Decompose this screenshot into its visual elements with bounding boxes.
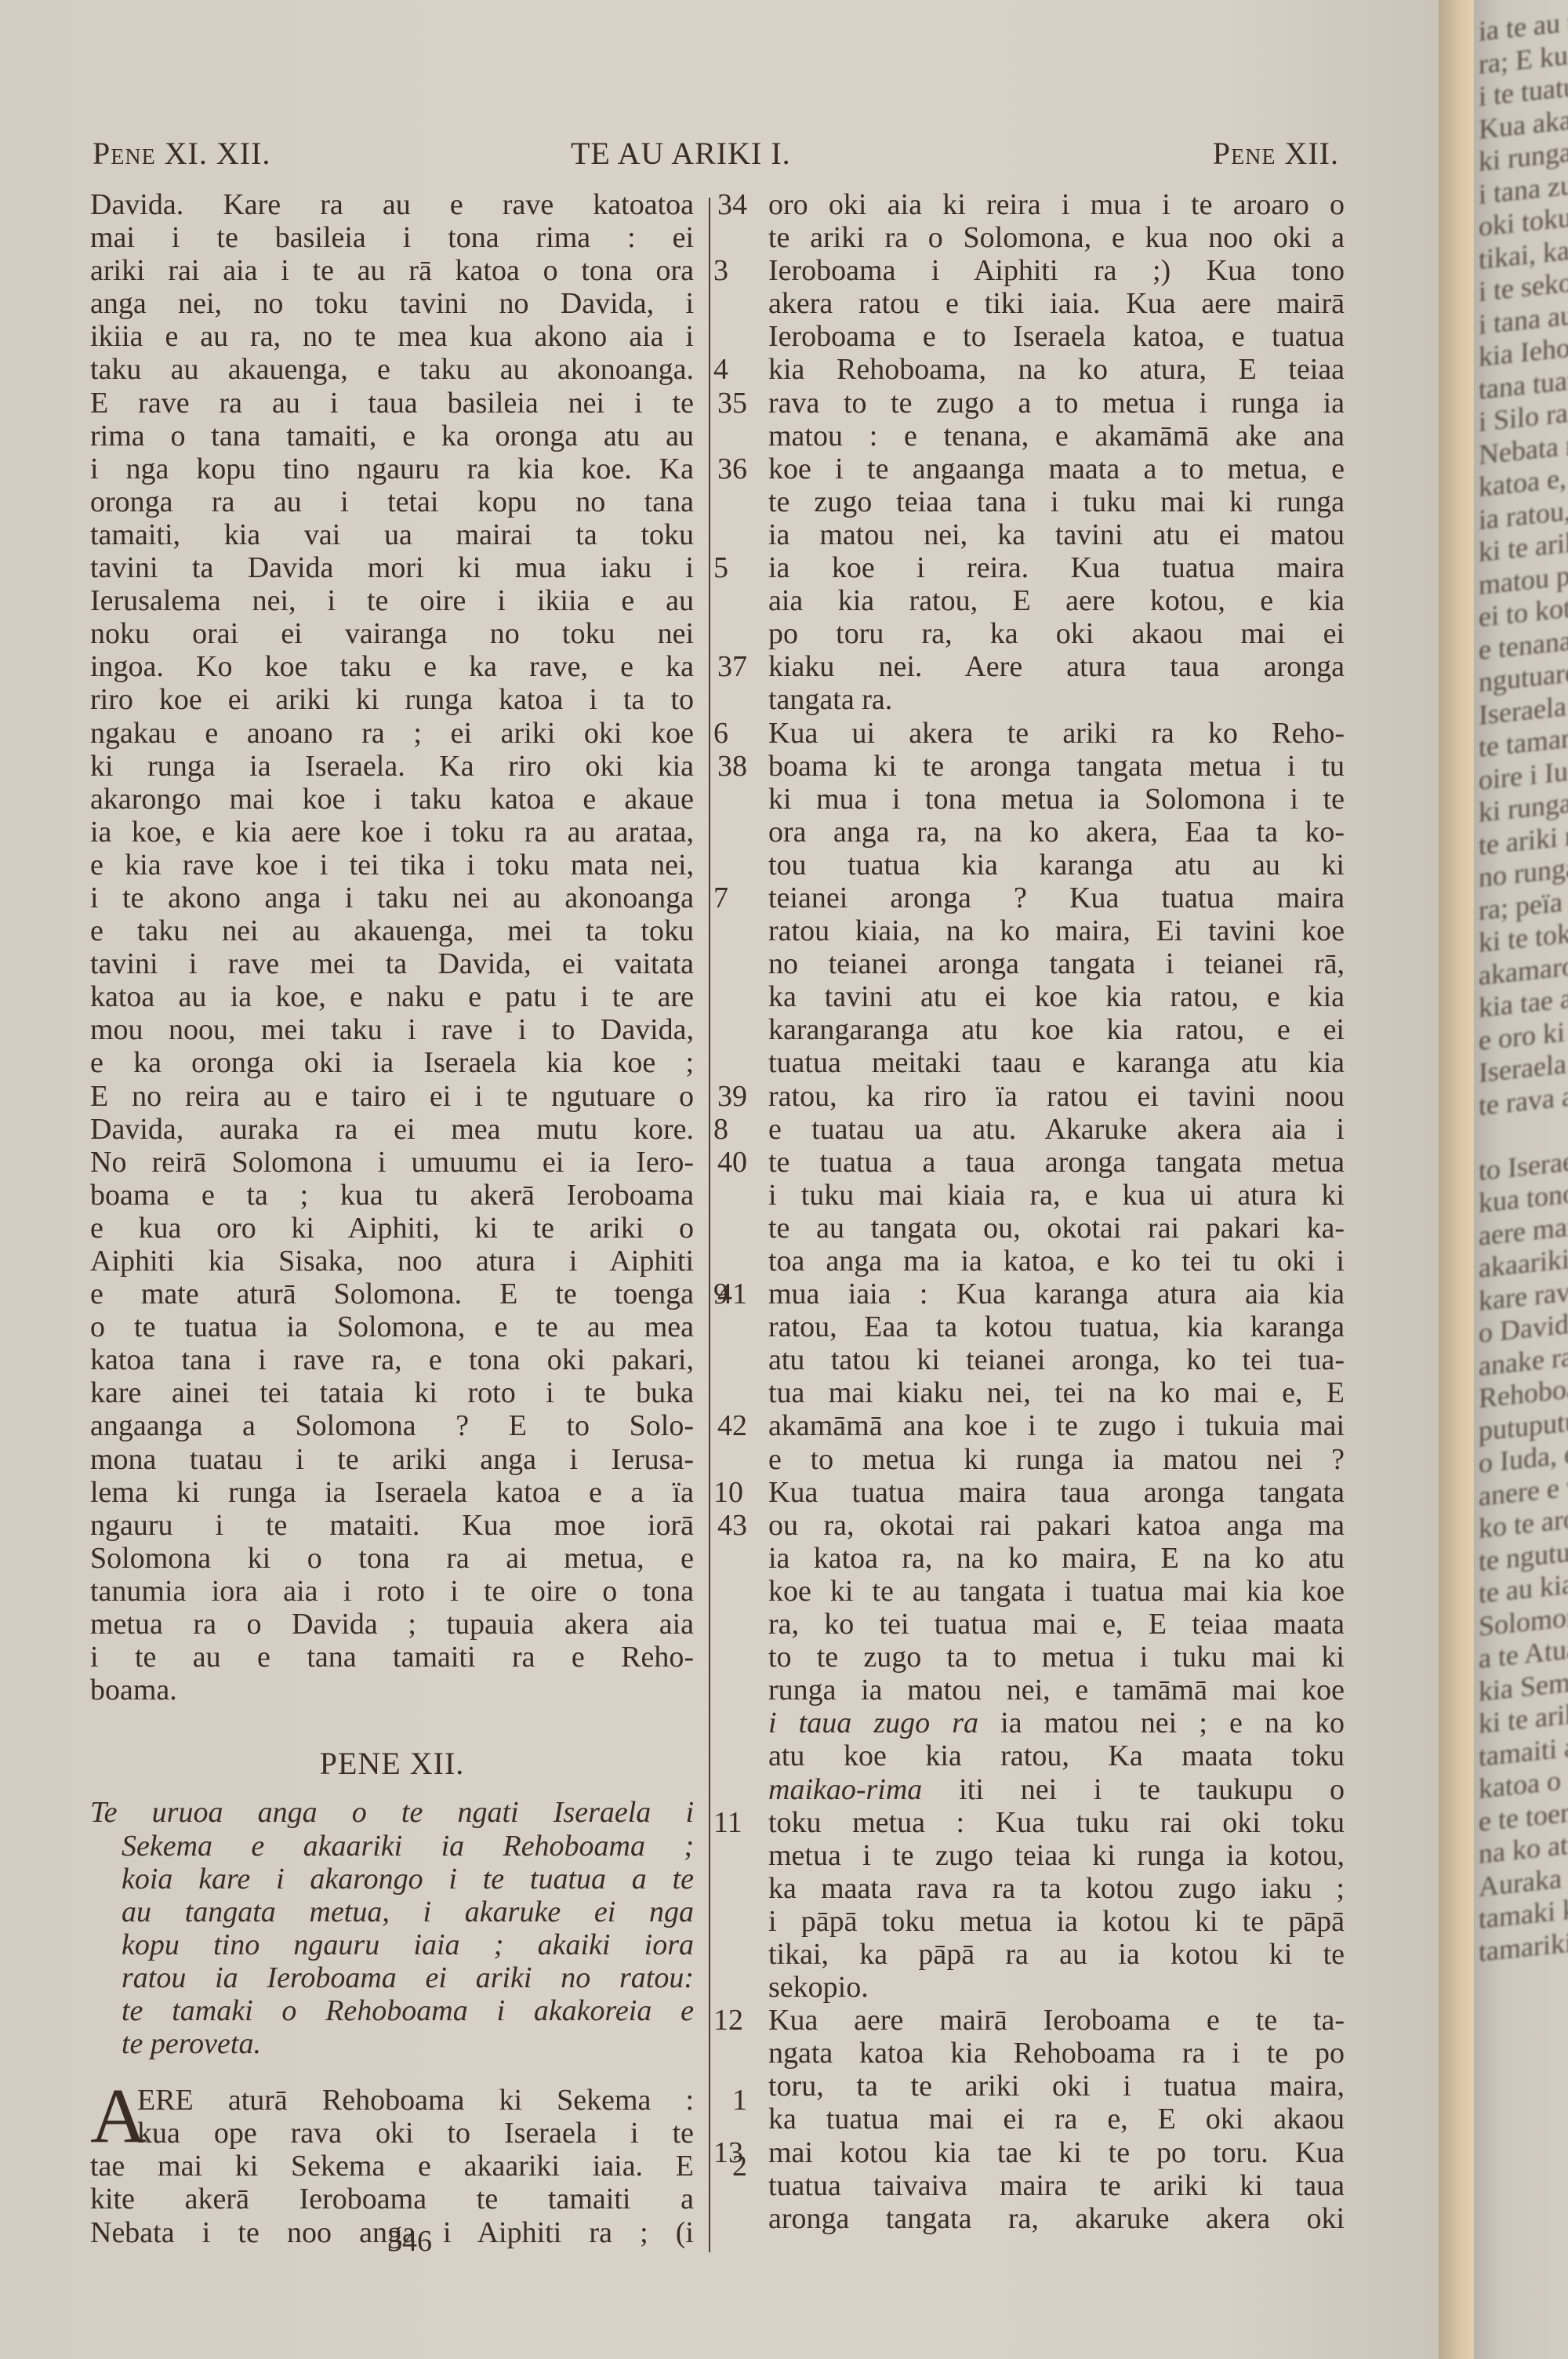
text-line: kite akerā Ieroboama te tamaiti a xyxy=(90,2183,694,2215)
text-line: oro oki aia ki reira i mua i te aroaro o xyxy=(768,188,1345,221)
line-text: karangaranga atu koe kia ratou, e ei xyxy=(768,1013,1345,1046)
line-text: tuatua taivaiva maira te ariki ki taua xyxy=(768,2169,1345,2202)
text-line: e mate aturā Solomona. E te toenga41 xyxy=(90,1278,694,1310)
text-line: maikao-rima iti nei i te taukupu o xyxy=(768,1773,1345,1806)
text-line: tuatua taivaiva maira te ariki ki taua xyxy=(768,2169,1345,2202)
left-column-text: Davida. Kare ra au e rave katoatoa34mai … xyxy=(90,188,694,1707)
line-text: tavini ta Davida mori ki mua iaku i xyxy=(90,551,694,584)
text-line: Davida, auraka ra ei mea mutu kore. xyxy=(90,1113,694,1146)
line-text: boama e ta ; kua tu akerā Ieroboama xyxy=(90,1179,694,1212)
text-line: ra, ko tei tuatua mai e, E teiaa maata xyxy=(768,1608,1345,1641)
line-text: i te au e tana tamaiti ra e Reho- xyxy=(90,1641,694,1674)
line-text: tou tuatua kia karanga atu au ki xyxy=(768,849,1345,881)
line-text: tikai, ka pāpā ra au ia kotou ki te xyxy=(768,1938,1345,1971)
line-text: Kua ui akera te ariki ra ko Reho- xyxy=(768,717,1345,750)
text-line: ngauru i te mataiti. Kua moe iorā43 xyxy=(90,1509,694,1542)
line-text: e kua oro ki Aiphiti, ki te ariki o xyxy=(90,1212,694,1245)
text-line: Kua aere mairā Ieroboama e te ta-12 xyxy=(768,2004,1345,2037)
verse-number: 11 xyxy=(713,1806,753,1839)
text-line: rava to te zugo a to metua i runga ia xyxy=(768,387,1345,420)
text-line: angaanga a Solomona ? E to Solo-42 xyxy=(90,1409,694,1442)
line-text: po toru ra, ka oki akaou mai ei xyxy=(768,617,1345,650)
line-text: ka tuatua mai ei ra e, E oki akaou xyxy=(768,2103,1345,2135)
verse-number: 1 xyxy=(732,2084,747,2117)
line-text: e ka oronga oki ia Iseraela kia koe ; xyxy=(90,1046,694,1079)
verse-number: 36 xyxy=(717,453,747,485)
line-text: boama ki te aronga tangata metua i tu xyxy=(768,750,1345,783)
line-text: toru, ta te ariki oki i tuatua maira, xyxy=(768,2070,1345,2103)
line-text: metua ra o Davida ; tupauia akera aia xyxy=(90,1608,694,1641)
text-line: kiaku nei. Aere atura taua aronga xyxy=(768,650,1345,683)
text-line: no teianei aronga tangata i teianei rā, xyxy=(768,947,1345,980)
line-text: lema ki runga ia Iseraela katoa e a ïa xyxy=(90,1476,694,1509)
line-text: Kua aere mairā Ieroboama e te ta- xyxy=(768,2004,1345,2037)
text-line: mona tuatau i te ariki anga i Ierusa- xyxy=(90,1443,694,1476)
line-text: kua ope rava oki to Iseraela i te xyxy=(137,2117,694,2150)
text-line: ka maata rava ra ta kotou zugo iaku ; xyxy=(768,1872,1345,1905)
line-text: e kia rave koe i tei tika i toku mata ne… xyxy=(90,849,694,881)
line-text: ikiia e au ra, no te mea kua akono aia i xyxy=(90,320,694,353)
line-text: akera ratou e tiki iaia. Kua aere mairā xyxy=(768,287,1345,320)
line-text: Ieroboama i Aiphiti ra ;) Kua tono xyxy=(768,254,1345,287)
text-line: kia Rehoboama, na ko atura, E teiaa4 xyxy=(768,353,1345,386)
line-text: maikao-rima iti nei i te taukupu o xyxy=(768,1773,1345,1806)
verse-number: 35 xyxy=(717,387,747,420)
line-text: angaanga a Solomona ? E to Solo- xyxy=(90,1409,694,1442)
line-text: no teianei aronga tangata i teianei rā, xyxy=(768,947,1345,980)
line-text: riro koe ei ariki ki runga katoa i ta to xyxy=(90,683,694,716)
text-line: Davida. Kare ra au e rave katoatoa34 xyxy=(90,188,694,221)
line-text: e tuatau ua atu. Akaruke akera aia i xyxy=(768,1113,1345,1146)
text-line: toru, ta te ariki oki i tuatua maira, xyxy=(768,2070,1345,2103)
verse-number: 43 xyxy=(717,1509,747,1542)
text-line: boama. xyxy=(90,1674,694,1707)
line-text: ia matou nei, ka tavini atu ei matou xyxy=(768,518,1345,551)
line-text: mai i te basileia i tona rima : ei xyxy=(90,221,694,254)
text-line: tavini ta Davida mori ki mua iaku i xyxy=(90,551,694,584)
text-line: ki mua i tona metua ia Solomona i te xyxy=(768,783,1345,816)
line-text: akamāmā ana koe i te zugo i tukuia mai xyxy=(768,1409,1345,1442)
text-line: sekopio. xyxy=(768,1971,1345,2004)
line-text: akarongo mai koe i taku katoa e akaue xyxy=(90,783,694,816)
text-line: i tuku mai kiaia ra, e kua ui atura ki xyxy=(768,1179,1345,1212)
line-text: to te zugo ta to metua i tuku mai ki xyxy=(768,1641,1345,1674)
text-line: mai i te basileia i tona rima : ei xyxy=(90,221,694,254)
text-line: ia katoa ra, na ko maira, E na ko atu xyxy=(768,1542,1345,1575)
line-text: katoa tana i rave ra, e tona oki pakari, xyxy=(90,1343,694,1376)
line-text: Davida, auraka ra ei mea mutu kore. xyxy=(90,1113,694,1146)
column-divider xyxy=(709,198,710,2252)
verse-number: 42 xyxy=(717,1409,747,1442)
line-text: e taku nei au akauenga, mei ta toku xyxy=(90,914,694,947)
text-line: Ieroboama i Aiphiti ra ;) Kua tono3 xyxy=(768,254,1345,287)
text-line: mua iaia : Kua karanga atura aia kia9 xyxy=(768,1278,1345,1310)
line-text: te zugo teiaa tana i tuku mai ki runga xyxy=(768,485,1345,518)
verse-number: 7 xyxy=(713,881,753,914)
text-line: tou tuatua kia karanga atu au ki xyxy=(768,849,1345,881)
line-text: atu tatou ki teianei aronga, ko tei tua- xyxy=(768,1343,1345,1376)
text-line: teianei aronga ? Kua tuatua maira7 xyxy=(768,881,1345,914)
text-line: e tuatau ua atu. Akaruke akera aia i8 xyxy=(768,1113,1345,1146)
line-text: ratou kiaia, na ko maira, Ei tavini koe xyxy=(768,914,1345,947)
text-line: po toru ra, ka oki akaou mai ei xyxy=(768,617,1345,650)
line-text: aronga tangata ra, akaruke akera oki xyxy=(768,2202,1345,2235)
verse-number: 34 xyxy=(717,188,747,221)
line-text: Aiphiti kia Sisaka, noo atura i Aiphiti xyxy=(90,1245,694,1278)
text-line: E no reira au e tairo ei i te ngutuare o… xyxy=(90,1080,694,1113)
text-line: ratou, Eaa ta kotou tuatua, kia karanga xyxy=(768,1310,1345,1343)
text-line: kua ope rava oki to Iseraela i te xyxy=(90,2117,694,2150)
line-text: runga ia matou nei, e tamāmā mai koe xyxy=(768,1674,1345,1707)
text-line: katoa tana i rave ra, e tona oki pakari, xyxy=(90,1343,694,1376)
verse-number: 13 xyxy=(713,2136,753,2169)
line-text: Ieroboama e to Iseraela katoa, e tuatua xyxy=(768,320,1345,353)
chapter-summary: Te uruoa anga o te ngati Iseraela iSekem… xyxy=(90,1796,694,2060)
text-line: No reirā Solomona i umuumu ei ia Iero-40 xyxy=(90,1146,694,1179)
line-text: kite akerā Ieroboama te tamaiti a xyxy=(90,2183,694,2215)
text-line: mai kotou kia tae ki te po toru. Kua13 xyxy=(768,2136,1345,2169)
line-text: tuatua meitaki taau e karanga atu kia xyxy=(768,1046,1345,1079)
text-line: tavini i rave mei ta Davida, ei vaitata xyxy=(90,947,694,980)
text-line: Kua ui akera te ariki ra ko Reho-6 xyxy=(768,717,1345,750)
line-text: ngata katoa kia Rehoboama ra i te po xyxy=(768,2037,1345,2070)
running-head-title: TE AU ARIKI I. xyxy=(571,135,791,172)
line-text: i taua zugo ra ia matou nei ; e na ko xyxy=(768,1707,1345,1739)
text-line: metua i te zugo teiaa ki runga ia kotou, xyxy=(768,1839,1345,1872)
running-head-right: Pene XII. xyxy=(1213,135,1339,172)
line-text: oro oki aia ki reira i mua i te aroaro o xyxy=(768,188,1345,221)
text-line: i te akono anga i taku nei au akonoanga xyxy=(90,881,694,914)
text-line: o te tuatua ia Solomona, e te au mea xyxy=(90,1310,694,1343)
text-line: Ieroboama e to Iseraela katoa, e tuatua xyxy=(768,320,1345,353)
line-text: koe ki te au tangata i tuatua mai kia ko… xyxy=(768,1575,1345,1608)
text-line: taku au akauenga, e taku au akonoanga. xyxy=(90,353,694,386)
line-text: aia kia ratou, E aere kotou, e kia xyxy=(768,584,1345,617)
line-text: ra, ko tei tuatua mai e, E teiaa maata xyxy=(768,1608,1345,1641)
verse-number: 3 xyxy=(713,254,753,287)
line-text: ou ra, okotai rai pakari katoa anga ma xyxy=(768,1509,1345,1542)
line-text: E no reira au e tairo ei i te ngutuare o xyxy=(90,1080,694,1113)
text-line: ratou kiaia, na ko maira, Ei tavini koe xyxy=(768,914,1345,947)
line-text: atu koe kia ratou, Ka maata toku xyxy=(768,1739,1345,1772)
line-text: i te akono anga i taku nei au akonoanga xyxy=(90,881,694,914)
text-line: i te au e tana tamaiti ra e Reho- xyxy=(90,1641,694,1674)
text-line: akamāmā ana koe i te zugo i tukuia mai xyxy=(768,1409,1345,1442)
text-line: tanumia iora aia i roto i te oire o tona xyxy=(90,1575,694,1608)
text-line: toku metua : Kua tuku rai oki toku11 xyxy=(768,1806,1345,1839)
text-line: te tuatua a taua aronga tangata metua xyxy=(768,1146,1345,1179)
line-text: tamaiti, kia vai ua mairai ta toku xyxy=(90,518,694,551)
line-text: ngauru i te mataiti. Kua moe iorā xyxy=(90,1509,694,1542)
line-text: Solomona ki o tona ra ai metua, e xyxy=(90,1542,694,1575)
text-line: aia kia ratou, E aere kotou, e kia xyxy=(768,584,1345,617)
line-text: teianei aronga ? Kua tuatua maira xyxy=(768,881,1345,914)
line-text: oronga ra au i tetai kopu no tana xyxy=(90,485,694,518)
text-line: tae mai ki Sekema e akaariki iaia. E2 xyxy=(90,2150,694,2183)
line-text: ia koe i reira. Kua tuatua maira xyxy=(768,551,1345,584)
text-line: ia koe i reira. Kua tuatua maira5 xyxy=(768,551,1345,584)
line-text: Davida. Kare ra au e rave katoatoa xyxy=(90,188,694,221)
line-text: koe i te angaanga maata a to metua, e xyxy=(768,453,1345,485)
text-line: ngata katoa kia Rehoboama ra i te po xyxy=(768,2037,1345,2070)
text-line: ingoa. Ko koe taku e ka rave, e ka37 xyxy=(90,650,694,683)
line-text: noku orai ei vairanga no toku nei xyxy=(90,617,694,650)
text-line: katoa au ia koe, e naku e patu i te are xyxy=(90,980,694,1013)
line-text: tua mai kiaku nei, tei na ko mai e, E xyxy=(768,1376,1345,1409)
summary-line: ratou ia Ieroboama ei ariki no ratou: xyxy=(90,1961,694,1994)
line-text: te au tangata ou, okotai rai pakari ka- xyxy=(768,1212,1345,1245)
text-line: matou : e tenana, e akamāmā ake ana xyxy=(768,420,1345,453)
running-head: Pene XI. XII. TE AU ARIKI I. Pene XII. xyxy=(93,135,1339,182)
text-line: ou ra, okotai rai pakari katoa anga ma xyxy=(768,1509,1345,1542)
text-line: to te zugo ta to metua i tuku mai ki xyxy=(768,1641,1345,1674)
text-line: e taku nei au akauenga, mei ta toku xyxy=(90,914,694,947)
text-line: tua mai kiaku nei, tei na ko mai e, E xyxy=(768,1376,1345,1409)
line-text: No reirā Solomona i umuumu ei ia Iero- xyxy=(90,1146,694,1179)
text-line: kare ainei tei tataia ki roto i te buka xyxy=(90,1376,694,1409)
chapter-heading: PENE XII. xyxy=(90,1747,694,1780)
text-line: ERE aturā Rehoboama ki Sekema :1 xyxy=(90,2084,694,2117)
left-column: Davida. Kare ra au e rave katoatoa34mai … xyxy=(90,188,694,2249)
text-line: rima o tana tamaiti, e ka oronga atu au xyxy=(90,420,694,453)
line-text: toku metua : Kua tuku rai oki toku xyxy=(768,1806,1345,1839)
line-text: toa anga ma ia katoa, e ko tei tu oki i xyxy=(768,1245,1345,1278)
text-line: te ariki ra o Solomona, e kua noo oki a xyxy=(768,221,1345,254)
text-line: ki runga ia Iseraela. Ka riro oki kia38 xyxy=(90,750,694,783)
line-text: mou noou, mei taku i rave i to Davida, xyxy=(90,1013,694,1046)
line-text: ia koe, e kia aere koe i toku ra au arat… xyxy=(90,816,694,849)
text-line: te au tangata ou, okotai rai pakari ka- xyxy=(768,1212,1345,1245)
text-line: ka tuatua mai ei ra e, E oki akaou xyxy=(768,2103,1345,2135)
text-line: ia matou nei, ka tavini atu ei matou xyxy=(768,518,1345,551)
line-text: e to metua ki runga ia matou nei ? xyxy=(768,1443,1345,1476)
line-text: boama. xyxy=(90,1674,177,1707)
summary-line: te peroveta. xyxy=(90,2027,694,2060)
line-text: ratou, Eaa ta kotou tuatua, kia karanga xyxy=(768,1310,1345,1343)
summary-line: te tamaki o Rehoboama i akakoreia e xyxy=(90,1994,694,2027)
book-page: Pene XI. XII. TE AU ARIKI I. Pene XII. D… xyxy=(0,0,1439,2359)
verse-number: 9 xyxy=(713,1278,753,1310)
text-line: toa anga ma ia katoa, e ko tei tu oki i xyxy=(768,1245,1345,1278)
verse-number: 8 xyxy=(713,1113,753,1146)
line-text: ia katoa ra, na ko maira, E na ko atu xyxy=(768,1542,1345,1575)
text-line: ratou, ka riro ïa ratou ei tavini noou xyxy=(768,1080,1345,1113)
line-text: te tuatua a taua aronga tangata metua xyxy=(768,1146,1345,1179)
line-text: ka maata rava ra ta kotou zugo iaku ; xyxy=(768,1872,1345,1905)
text-line: atu tatou ki teianei aronga, ko tei tua- xyxy=(768,1343,1345,1376)
text-line: aronga tangata ra, akaruke akera oki xyxy=(768,2202,1345,2235)
verse-number: 38 xyxy=(717,750,747,783)
summary-line: Sekema e akaariki ia Rehoboama ; xyxy=(90,1830,694,1863)
line-text: te ariki ra o Solomona, e kua noo oki a xyxy=(768,221,1345,254)
line-text: i pāpā toku metua ia kotou ki te pāpā xyxy=(768,1905,1345,1938)
text-line: i pāpā toku metua ia kotou ki te pāpā xyxy=(768,1905,1345,1938)
facing-page-edge: ia te au tangra; E kua karangi te tuatua… xyxy=(1474,0,1568,2359)
line-text: ka tavini atu ei koe kia ratou, e kia xyxy=(768,980,1345,1013)
line-text: E rave ra au i taua basileia nei i te xyxy=(90,387,694,420)
line-text: tavini i rave mei ta Davida, ei vaitata xyxy=(90,947,694,980)
line-text: mai kotou kia tae ki te po toru. Kua xyxy=(768,2136,1345,2169)
text-line: e kia rave koe i tei tika i toku mata ne… xyxy=(90,849,694,881)
text-line: tuatua meitaki taau e karanga atu kia xyxy=(768,1046,1345,1079)
line-text: i tuku mai kiaia ra, e kua ui atura ki xyxy=(768,1179,1345,1212)
line-text: ki mua i tona metua ia Solomona i te xyxy=(768,783,1345,816)
text-line: ariki rai aia i te au rā katoa o tona or… xyxy=(90,254,694,287)
line-text: rava to te zugo a to metua i runga ia xyxy=(768,387,1345,420)
text-line: e ka oronga oki ia Iseraela kia koe ; xyxy=(90,1046,694,1079)
text-line: lema ki runga ia Iseraela katoa e a ïa xyxy=(90,1476,694,1509)
line-text: katoa au ia koe, e naku e patu i te are xyxy=(90,980,694,1013)
verse-number: 6 xyxy=(713,717,753,750)
line-text: Ierusalema nei, i te oire i ikiia e au xyxy=(90,584,694,617)
facing-page-text: ia te au tangra; E kua karangi te tuatua… xyxy=(1479,4,1568,1968)
verse-number: 5 xyxy=(713,551,753,584)
text-line: ngakau e anoano ra ; ei ariki oki koe xyxy=(90,717,694,750)
verse-number: 39 xyxy=(717,1080,747,1113)
line-text: mua iaia : Kua karanga atura aia kia xyxy=(768,1278,1345,1310)
text-line: e kua oro ki Aiphiti, ki te ariki o xyxy=(90,1212,694,1245)
line-text: ki runga ia Iseraela. Ka riro oki kia xyxy=(90,750,694,783)
text-line: ia koe, e kia aere koe i toku ra au arat… xyxy=(90,816,694,849)
line-text: ratou, ka riro ïa ratou ei tavini noou xyxy=(768,1080,1345,1113)
line-text: tae mai ki Sekema e akaariki iaia. E xyxy=(90,2150,694,2183)
line-text: kiaku nei. Aere atura taua aronga xyxy=(768,650,1345,683)
text-line: tikai, ka pāpā ra au ia kotou ki te xyxy=(768,1938,1345,1971)
verse-number: 37 xyxy=(717,650,747,683)
text-line: i nga kopu tino ngauru ra kia koe. Ka36 xyxy=(90,453,694,485)
line-text: mona tuatau i te ariki anga i Ierusa- xyxy=(90,1443,694,1476)
text-line: koe ki te au tangata i tuatua mai kia ko… xyxy=(768,1575,1345,1608)
line-text: sekopio. xyxy=(768,1971,869,2004)
text-line: mou noou, mei taku i rave i to Davida, xyxy=(90,1013,694,1046)
line-text: ERE aturā Rehoboama ki Sekema : xyxy=(137,2084,694,2117)
text-line: runga ia matou nei, e tamāmā mai koe xyxy=(768,1674,1345,1707)
text-line: Ierusalema nei, i te oire i ikiia e au xyxy=(90,584,694,617)
line-text: matou : e tenana, e akamāmā ake ana xyxy=(768,420,1345,453)
text-line: akera ratou e tiki iaia. Kua aere mairā xyxy=(768,287,1345,320)
text-line: E rave ra au i taua basileia nei i te35 xyxy=(90,387,694,420)
text-line: boama ki te aronga tangata metua i tu xyxy=(768,750,1345,783)
text-line: ka tavini atu ei koe kia ratou, e kia xyxy=(768,980,1345,1013)
line-text: ingoa. Ko koe taku e ka rave, e ka xyxy=(90,650,694,683)
text-line: noku orai ei vairanga no toku nei xyxy=(90,617,694,650)
line-text: kia Rehoboama, na ko atura, E teiaa xyxy=(768,353,1345,386)
summary-line: Te uruoa anga o te ngati Iseraela i xyxy=(90,1796,694,1829)
text-line: Aiphiti kia Sisaka, noo atura i Aiphiti xyxy=(90,1245,694,1278)
line-text: ora anga ra, na ko akera, Eaa ta ko- xyxy=(768,816,1345,849)
text-line: ikiia e au ra, no te mea kua akono aia i xyxy=(90,320,694,353)
page-number: 346 xyxy=(387,2224,432,2259)
text-line: i taua zugo ra ia matou nei ; e na ko xyxy=(768,1707,1345,1739)
text-line: karangaranga atu koe kia ratou, e ei xyxy=(768,1013,1345,1046)
line-text: ngakau e anoano ra ; ei ariki oki koe xyxy=(90,717,694,750)
line-text: metua i te zugo teiaa ki runga ia kotou, xyxy=(768,1839,1345,1872)
line-text: tangata ra. xyxy=(768,683,892,716)
summary-line: au tangata metua, i akaruke ei nga xyxy=(90,1896,694,1928)
line-text: Kua tuatua maira taua aronga tangata xyxy=(768,1476,1345,1509)
verse-number: 4 xyxy=(713,353,753,386)
text-line: ora anga ra, na ko akera, Eaa ta ko- xyxy=(768,816,1345,849)
text-line: anga nei, no toku tavini no Davida, i xyxy=(90,287,694,320)
text-line: akarongo mai koe i taku katoa e akaue xyxy=(90,783,694,816)
line-text: anga nei, no toku tavini no Davida, i xyxy=(90,287,694,320)
right-column: oro oki aia ki reira i mua i te aroaro o… xyxy=(768,188,1345,2235)
line-text: ariki rai aia i te au rā katoa o tona or… xyxy=(90,254,694,287)
text-line: e to metua ki runga ia matou nei ? xyxy=(768,1443,1345,1476)
text-line: tamaiti, kia vai ua mairai ta toku xyxy=(90,518,694,551)
line-text: tanumia iora aia i roto i te oire o tona xyxy=(90,1575,694,1608)
verse-number: 10 xyxy=(713,1476,753,1509)
text-line: oronga ra au i tetai kopu no tana xyxy=(90,485,694,518)
line-text: i nga kopu tino ngauru ra kia koe. Ka xyxy=(90,453,694,485)
line-text: rima o tana tamaiti, e ka oronga atu au xyxy=(90,420,694,453)
verse-number: 12 xyxy=(713,2004,753,2037)
summary-line: kopu tino ngauru iaia ; akaiki iora xyxy=(90,1928,694,1961)
text-line: atu koe kia ratou, Ka maata toku xyxy=(768,1739,1345,1772)
text-line: Kua tuatua maira taua aronga tangata10 xyxy=(768,1476,1345,1509)
line-text: taku au akauenga, e taku au akonoanga. xyxy=(90,353,694,386)
text-line: tangata ra. xyxy=(768,683,1345,716)
line-text: o te tuatua ia Solomona, e te au mea xyxy=(90,1310,694,1343)
text-line: metua ra o Davida ; tupauia akera aia xyxy=(90,1608,694,1641)
text-line: Solomona ki o tona ra ai metua, e xyxy=(90,1542,694,1575)
text-line: koe i te angaanga maata a to metua, e xyxy=(768,453,1345,485)
line-text: e mate aturā Solomona. E te toenga xyxy=(90,1278,694,1310)
summary-line: koia kare i akarongo i te tuatua a te xyxy=(90,1863,694,1896)
text-line: riro koe ei ariki ki runga katoa i ta to xyxy=(90,683,694,716)
line-text: kare ainei tei tataia ki roto i te buka xyxy=(90,1376,694,1409)
text-line: te zugo teiaa tana i tuku mai ki runga xyxy=(768,485,1345,518)
running-head-left: Pene XI. XII. xyxy=(93,135,270,172)
verse-number: 40 xyxy=(717,1146,747,1179)
right-column-text: oro oki aia ki reira i mua i te aroaro o… xyxy=(768,188,1345,2235)
text-line: boama e ta ; kua tu akerā Ieroboama xyxy=(90,1179,694,1212)
